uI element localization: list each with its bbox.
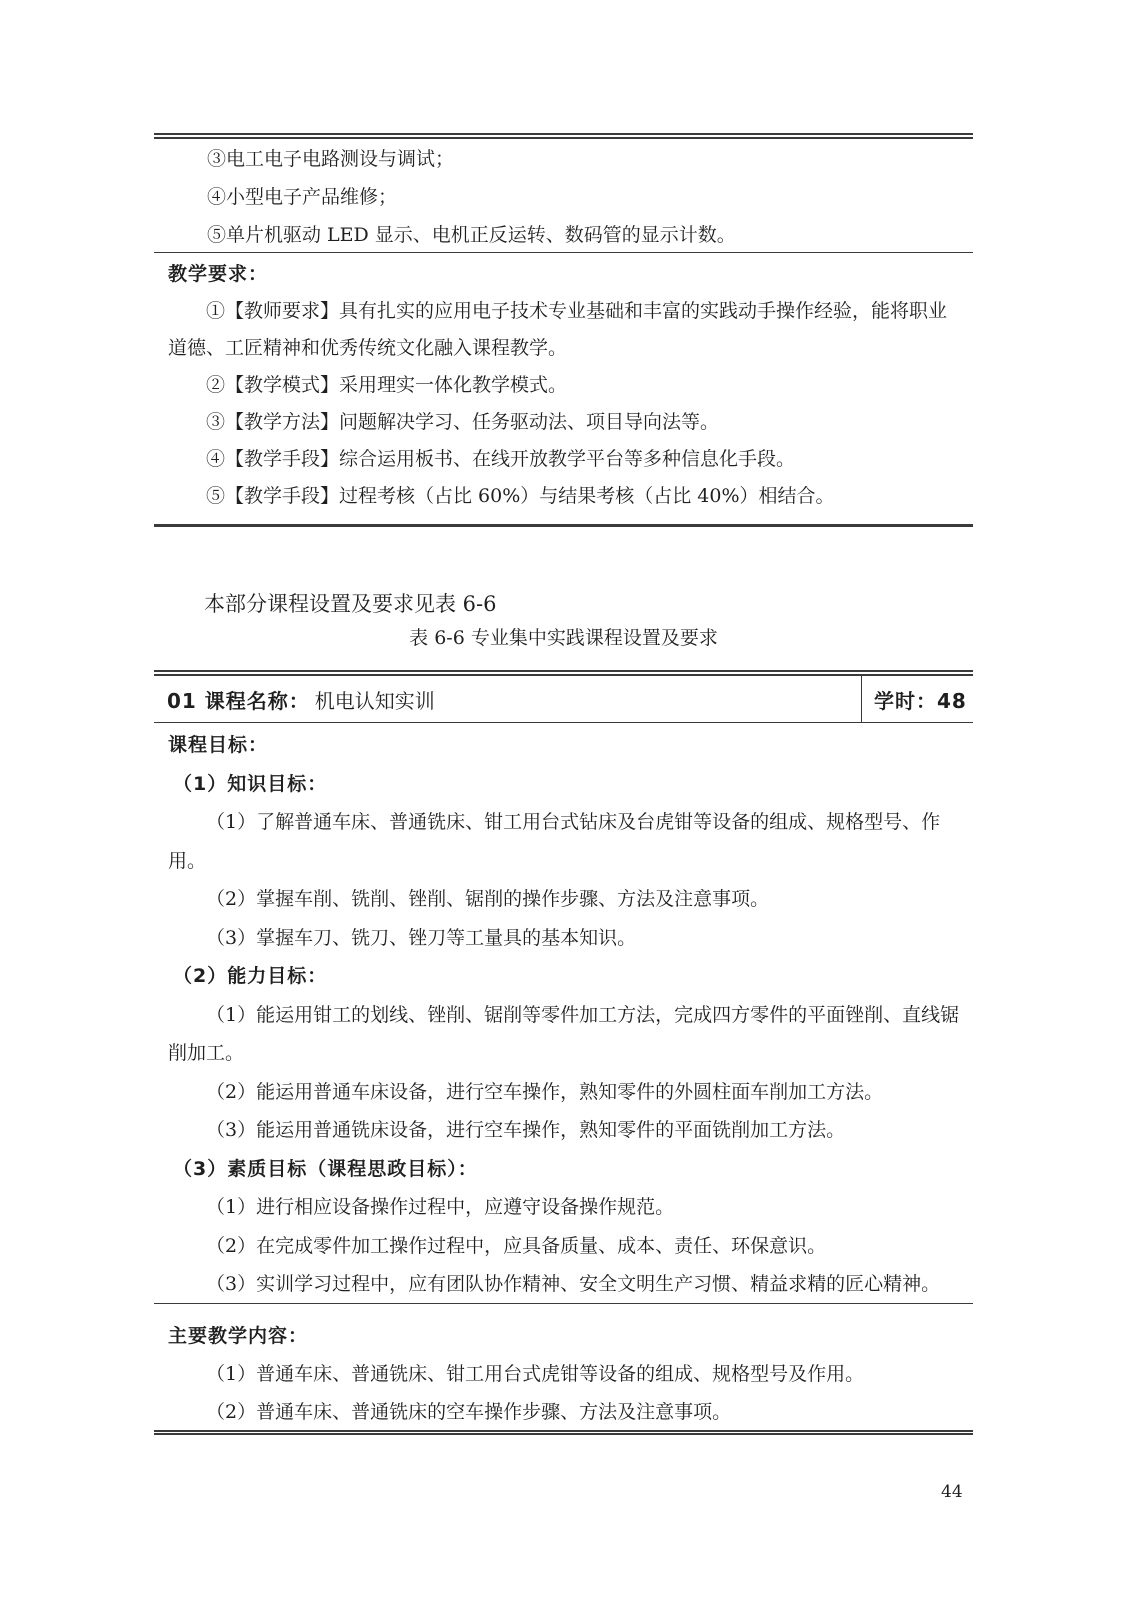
course-table: 01 课程名称： 机电认知实训 学时：48 课程目标： （1）知识目标： （1）… bbox=[154, 670, 973, 1435]
knowledge-objectives-heading: （1）知识目标： bbox=[168, 765, 961, 804]
course-title-row: 01 课程名称： 机电认知实训 学时：48 bbox=[154, 676, 973, 723]
content-item: （1）普通车床、普通铣床、钳工用台式虎钳等设备的组成、规格型号及作用。 bbox=[168, 1355, 961, 1393]
requirement-item: ②【教学模式】采用理实一体化教学模式。 bbox=[168, 367, 961, 404]
course-hours-cell: 学时：48 bbox=[862, 676, 973, 722]
course-name-label: 01 课程名称： bbox=[167, 685, 310, 714]
objective-item: （1）能运用钳工的划线、锉削、锯削等零件加工方法，完成四方零件的平面锉削、直线锯… bbox=[168, 996, 961, 1073]
list-item: ③电工电子电路测设与调试； bbox=[207, 140, 963, 178]
list-item: ⑤单片机驱动 LED 显示、电机正反运转、数码管的显示计数。 bbox=[207, 216, 963, 253]
requirement-item: ①【教师要求】具有扎实的应用电子技术专业基础和丰富的实践动手操作经验，能将职业道… bbox=[168, 293, 961, 367]
objectives-heading: 课程目标： bbox=[168, 726, 961, 765]
requirement-item: ③【教学方法】问题解决学习、任务驱动法、项目导向法等。 bbox=[168, 404, 961, 441]
course-outcomes-section: ③电工电子电路测设与调试； ④小型电子产品维修； ⑤单片机驱动 LED 显示、电… bbox=[154, 139, 973, 253]
list-item: ④小型电子产品维修； bbox=[207, 178, 963, 216]
course-name-cell: 01 课程名称： 机电认知实训 bbox=[154, 676, 862, 722]
teaching-requirements-heading: 教学要求： bbox=[168, 256, 961, 293]
objective-item: （2）在完成零件加工操作过程中，应具备质量、成本、责任、环保意识。 bbox=[168, 1227, 961, 1266]
objective-item: （2）掌握车削、铣削、锉削、锯削的操作步骤、方法及注意事项。 bbox=[168, 880, 961, 919]
ability-objectives-heading: （2）能力目标： bbox=[168, 957, 961, 996]
content-item: （2）普通车床、普通铣床的空车操作步骤、方法及注意事项。 bbox=[168, 1393, 961, 1430]
objective-item: （1）进行相应设备操作过程中，应遵守设备操作规范。 bbox=[168, 1188, 961, 1227]
document-page: ③电工电子电路测设与调试； ④小型电子产品维修； ⑤单片机驱动 LED 显示、电… bbox=[0, 0, 1131, 1600]
course-hours-value: 学时：48 bbox=[874, 685, 967, 714]
objective-item: （2）能运用普通车床设备，进行空车操作，熟知零件的外圆柱面车削加工方法。 bbox=[168, 1073, 961, 1112]
teaching-requirements-section: 教学要求： ①【教师要求】具有扎实的应用电子技术专业基础和丰富的实践动手操作经验… bbox=[154, 253, 973, 523]
quality-objectives-heading: （3）素质目标（课程思政目标）： bbox=[168, 1150, 961, 1189]
teaching-content-heading: 主要教学内容： bbox=[168, 1317, 961, 1355]
table-caption: 表 6-6 专业集中实践课程设置及要求 bbox=[154, 623, 973, 650]
objective-item: （1）了解普通车床、普通铣床、钳工用台式钻床及台虎钳等设备的组成、规格型号、作用… bbox=[168, 803, 961, 880]
requirement-item: ⑤【教学手段】过程考核（占比 60%）与结果考核（占比 40%）相结合。 bbox=[168, 478, 961, 515]
requirement-item: ④【教学手段】综合运用板书、在线开放教学平台等多种信息化手段。 bbox=[168, 441, 961, 478]
previous-course-table: ③电工电子电路测设与调试； ④小型电子产品维修； ⑤单片机驱动 LED 显示、电… bbox=[154, 133, 973, 527]
course-objectives-row: 课程目标： （1）知识目标： （1）了解普通车床、普通铣床、钳工用台式钻床及台虎… bbox=[154, 723, 973, 1304]
teaching-content-row: 主要教学内容： （1）普通车床、普通铣床、钳工用台式虎钳等设备的组成、规格型号及… bbox=[154, 1304, 973, 1430]
objective-item: （3）实训学习过程中，应有团队协作精神、安全文明生产习惯、精益求精的匠心精神。 bbox=[168, 1265, 961, 1304]
page-number: 44 bbox=[941, 1482, 963, 1502]
section-heading: 本部分课程设置及要求见表 6-6 bbox=[204, 588, 497, 618]
objective-item: （3）掌握车刀、铣刀、锉刀等工量具的基本知识。 bbox=[168, 919, 961, 958]
objective-item: （3）能运用普通铣床设备，进行空车操作，熟知零件的平面铣削加工方法。 bbox=[168, 1111, 961, 1150]
course-name-value: 机电认知实训 bbox=[315, 685, 435, 714]
